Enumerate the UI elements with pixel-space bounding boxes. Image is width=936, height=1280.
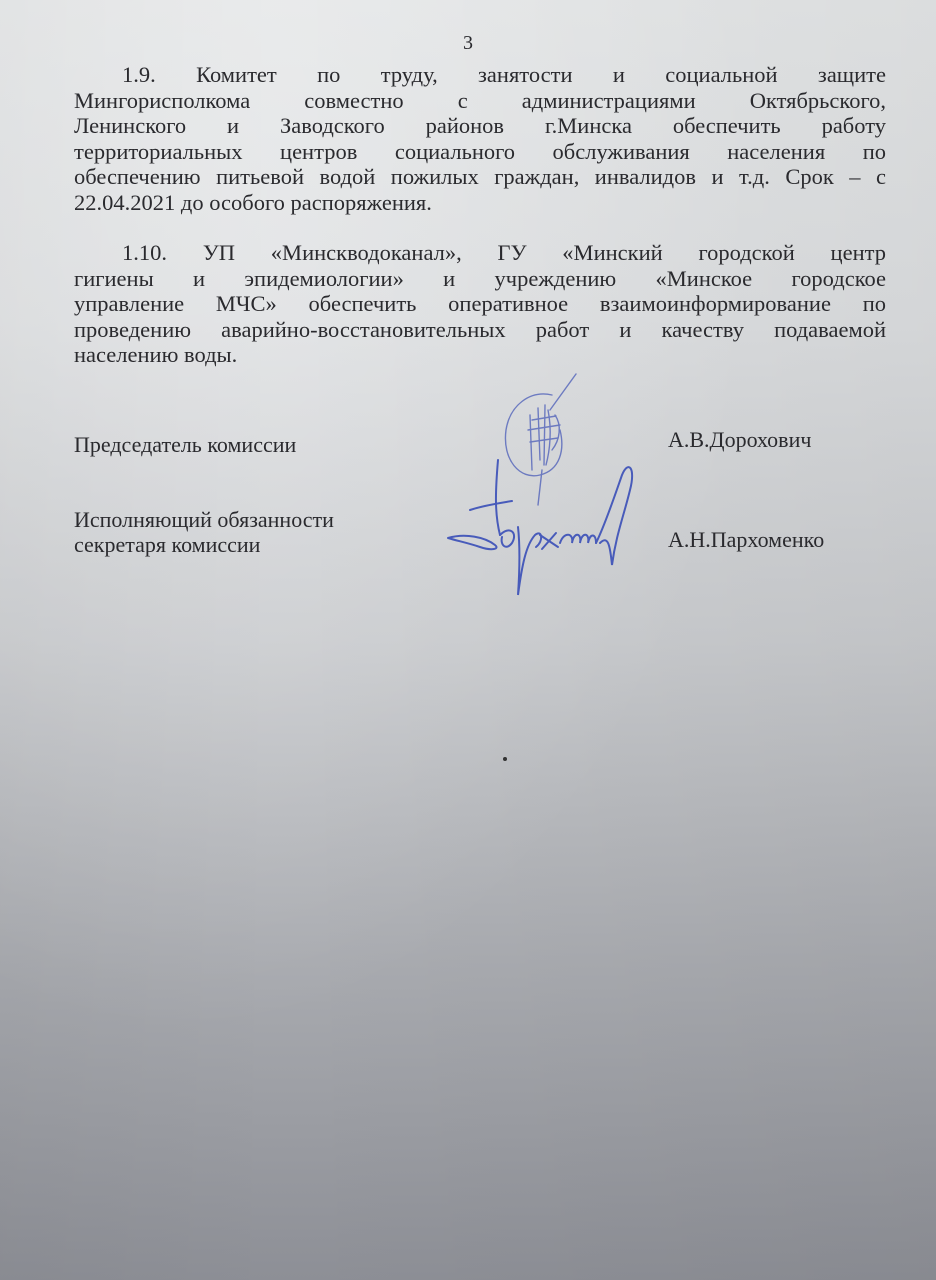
paragraph-line: территориальных центров социального обсл… — [74, 139, 886, 165]
chairman-role-label: Председатель комиссии — [74, 432, 296, 457]
chairman-name: А.В.Дорохович — [668, 427, 811, 452]
chairman-signature-icon — [490, 370, 600, 510]
paragraph-line: проведению аварийно-восстановительных ра… — [74, 317, 886, 343]
secretary-signature-icon — [440, 455, 640, 605]
paragraph-line: 22.04.2021 до особого распоряжения. — [74, 190, 886, 216]
paragraph-line: 1.9. Комитет по труду, занятости и социа… — [74, 62, 886, 88]
paragraph-line: управление МЧС» обеспечить оперативное в… — [74, 291, 886, 317]
paragraph-1-9: 1.9. Комитет по труду, занятости и социа… — [74, 62, 886, 215]
paragraph-line: 1.10. УП «Минскводоканал», ГУ «Минский г… — [74, 240, 886, 266]
paragraph-line: гигиены и эпидемиологии» и учреждению «М… — [74, 266, 886, 292]
paragraph-line: Мингорисполкома совместно с администраци… — [74, 88, 886, 114]
page-number: 3 — [0, 32, 936, 54]
paragraph-line: населению воды. — [74, 342, 886, 368]
paragraph-line: Ленинского и Заводского районов г.Минска… — [74, 113, 886, 139]
secretary-name: А.Н.Пархоменко — [668, 527, 824, 552]
paragraph-line: обеспечению питьевой водой пожилых гражд… — [74, 164, 886, 190]
secretary-role-label: Исполняющий обязанности секретаря комисс… — [74, 507, 334, 557]
paper-speck — [503, 757, 507, 761]
paragraph-1-10: 1.10. УП «Минскводоканал», ГУ «Минский г… — [74, 240, 886, 368]
